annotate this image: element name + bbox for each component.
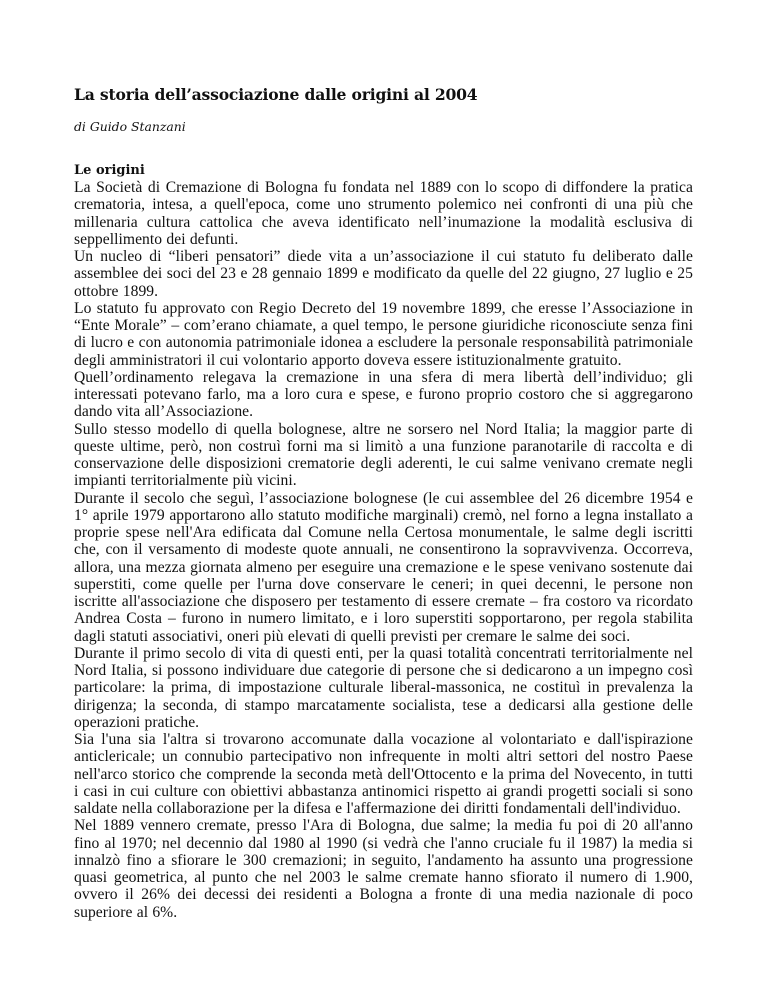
paragraph: Durante il secolo che seguì, l’associazi…	[74, 490, 693, 645]
paragraph: Sullo stesso modello di quella bolognese…	[74, 421, 693, 490]
paragraph: Lo statuto fu approvato con Regio Decret…	[74, 300, 693, 369]
paragraph: Quell’ordinamento relegava la cremazione…	[74, 369, 693, 421]
paragraph: La Società di Cremazione di Bologna fu f…	[74, 179, 693, 248]
paragraph: Sia l'una sia l'altra si trovarono accom…	[74, 731, 693, 817]
document-page: La storia dell’associazione dalle origin…	[74, 84, 693, 921]
paragraph: Un nucleo di “liberi pensatori” diede vi…	[74, 248, 693, 300]
paragraph: Nel 1889 vennero cremate, presso l'Ara d…	[74, 817, 693, 921]
paragraph: Durante il primo secolo di vita di quest…	[74, 645, 693, 731]
section-heading: Le origini	[74, 162, 693, 179]
section-le-origini: Le origini La Società di Cremazione di B…	[74, 162, 693, 921]
document-title: La storia dell’associazione dalle origin…	[74, 84, 693, 106]
document-author: di Guido Stanzani	[74, 118, 693, 136]
